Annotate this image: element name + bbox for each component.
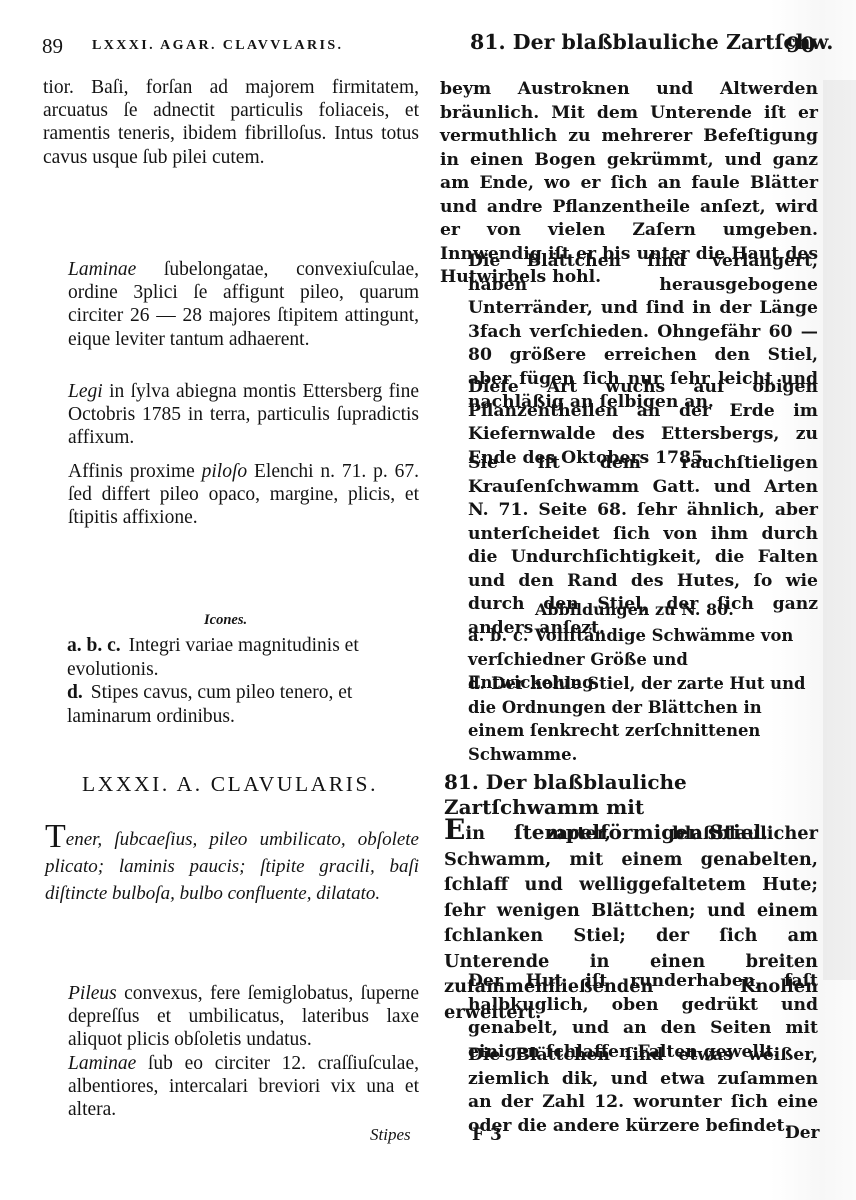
catchword-left: Stipes [370,1125,411,1145]
left-page: 89 LXXXI. AGAR. CLAVVLARIS. tior. Baſi, … [0,0,428,1200]
item-label: d. [67,681,83,705]
pileus-paragraph: Pileus convexus, fere ſemiglobatus, ſupe… [43,982,419,1052]
drop-cap: T [45,818,66,855]
item-label: a. b. c. [468,624,529,648]
laminae-paragraph: Laminae ſubelongatae, convexiuſculae, or… [43,258,419,351]
paragraph-lead: Legi [68,381,103,402]
item-label: a. b. c. [67,634,121,658]
signature-mark: F 3 [472,1125,502,1145]
laminae-description-paragraph: Laminae ſub eo circiter 12. craſſiuſcula… [43,1052,419,1122]
continuation-paragraph: tior. Baſi, forſan ad majorem firmitatem… [43,76,419,169]
paragraph-lead: Laminae [68,259,136,280]
running-head-right: 81. Der blaßblauliche Zartſchw. [470,30,833,54]
icones-heading: Icones. [204,612,247,629]
page-number-right: 90 [786,32,815,57]
drop-cap: E [444,813,465,846]
legi-paragraph: Legi in ſylva abiegna montis Ettersberg … [43,380,419,450]
running-head-left: LXXXI. AGAR. CLAVVLARIS. [92,38,343,54]
paragraph-lead: piloſo [202,461,248,482]
abbildungen-heading: Abbildungen zu N. 80. [535,600,734,619]
affinis-paragraph: Affinis proxime piloſo Elenchi n. 71. p.… [43,460,419,530]
blaettchen-description-paragraph: Die Blättchen ſind etwas weißer, ziemlic… [440,1044,818,1138]
page-number-left: 89 [42,34,63,59]
item-text: Der hohle Stiel, der zarte Hut und die O… [468,674,805,764]
catchword-right: Der [785,1123,820,1143]
section-title-latin: LXXXI. A. CLAVULARIS. [82,772,378,797]
paragraph-lead: Pileus [68,983,117,1004]
abbildungen-item: d.Der hohle Stiel, der zarte Hut und die… [468,672,818,766]
latin-diagnosis: Tener, ſubcaeſius, pileo umbilicato, obſ… [45,826,419,907]
right-page: 81. Der blaßblauliche Zartſchw. 90 beym … [428,0,856,1200]
scan-shadow [823,80,856,980]
icones-item: a. b. c.Integri variae magnitudinis et e… [67,634,419,681]
item-label: d. [468,672,485,696]
paragraph-lead: Laminae [68,1053,136,1074]
icones-item: d.Stipes cavus, cum pileo tenero, et lam… [67,681,419,728]
item-text: Stipes cavus, cum pileo tenero, et lamin… [67,682,352,727]
